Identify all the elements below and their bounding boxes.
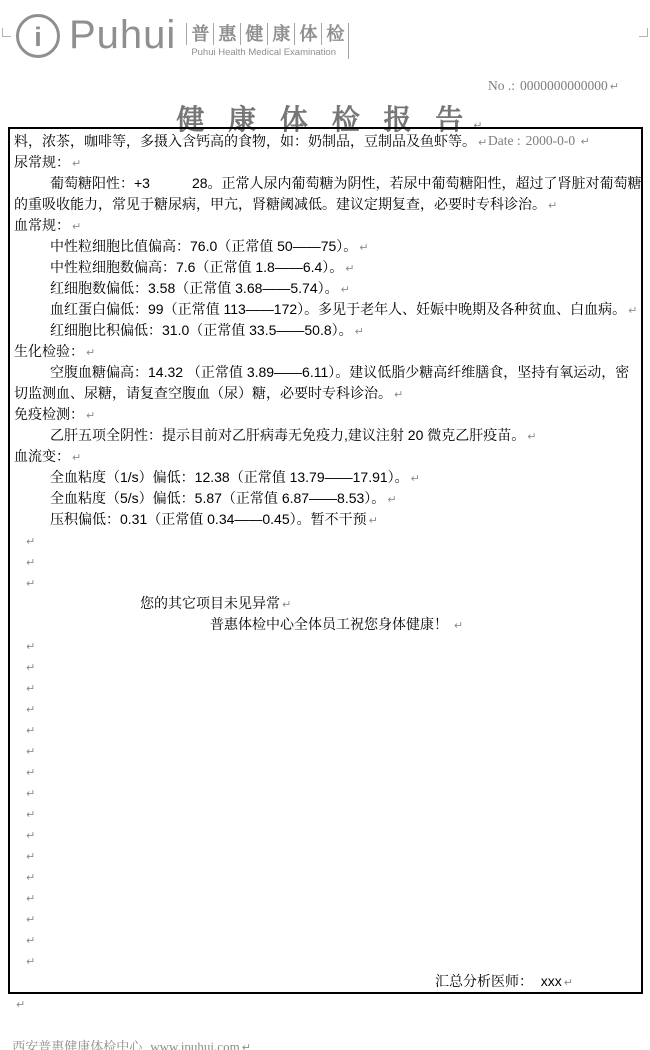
logo-cn-char: 检 (321, 23, 349, 45)
pilcrow-mark: ↵ (26, 955, 35, 968)
report-line: ↵ (14, 761, 637, 782)
report-line-text: 空腹血糖偏高：14.32 （正常值 3.89——6.11）。建议低脂少糖高纤维膳… (50, 364, 629, 380)
pilcrow-mark: ↵ (26, 556, 35, 569)
pilcrow-mark: ↵ (26, 829, 35, 842)
crop-mark-top-right (639, 28, 648, 37)
report-line: ↵ (14, 782, 637, 803)
pilcrow-mark: ↵ (72, 157, 81, 170)
report-line: ↵ (14, 929, 637, 950)
logo-cn-char: 惠 (213, 23, 240, 45)
pilcrow-mark: ↵ (26, 934, 35, 947)
pilcrow-mark: ↵ (26, 703, 35, 716)
report-line: 全血粘度（1/s）偏低：12.38（正常值 13.79——17.91）。↵ (14, 467, 637, 488)
report-line-text: 血红蛋白偏低：99（正常值 113——172）。多见于老年人、妊娠中晚期及各种贫… (50, 301, 626, 317)
report-line: ↵ (14, 698, 637, 719)
pilcrow-mark: ↵ (72, 451, 81, 464)
pilcrow-mark: ↵ (242, 1041, 251, 1050)
report-line: ↵ (14, 803, 637, 824)
brand-name: Puhui (69, 8, 176, 62)
footer-url: www.ipuhui.com (150, 1039, 239, 1050)
report-line: ↵ (14, 656, 637, 677)
report-box: 料，浓茶，咖啡等，多摄入含钙高的食物，如：奶制品，豆制品及鱼虾等。↵尿常规：↵葡… (8, 127, 643, 994)
report-line-text: 普惠体检中心全体员工祝您身体健康！ (210, 616, 452, 632)
report-line-text: 中性粒细胞比值偏高：76.0（正常值 50——75）。 (50, 238, 357, 254)
pilcrow-mark: ↵ (26, 724, 35, 737)
report-line: ↵ (14, 719, 637, 740)
report-line: 压积偏低：0.31（正常值 0.34——0.45）。暂不干预↵ (14, 509, 637, 530)
pilcrow-mark: ↵ (16, 998, 25, 1011)
report-line-text: 切监测血、尿糖，请复查空腹血（尿）糖，必要时专科诊治。 (14, 385, 392, 401)
report-line: 普惠体检中心全体员工祝您身体健康！ ↵ (14, 614, 637, 635)
pilcrow-mark: ↵ (628, 304, 637, 317)
pilcrow-mark: ↵ (26, 640, 35, 653)
report-line: 乙肝五项全阴性：提示目前对乙肝病毒无免疫力,建议注射 20 微克乙肝疫苗。↵ (14, 425, 637, 446)
report-line-text: 乙肝五项全阴性：提示目前对乙肝病毒无免疫力,建议注射 20 微克乙肝疫苗。 (50, 427, 525, 443)
report-line: ↵ (14, 866, 637, 887)
logo-cn-block: 普惠健康体检 Puhui Health Medical Examination (186, 23, 349, 59)
report-line: 料，浓茶，咖啡等，多摄入含钙高的食物，如：奶制品，豆制品及鱼虾等。↵ (14, 131, 637, 152)
report-line-text: 汇总分析医师： xxx (435, 973, 562, 989)
report-line: 尿常规：↵ (14, 152, 637, 173)
report-line: 红细胞比积偏低：31.0（正常值 33.5——50.8）。↵ (14, 320, 637, 341)
report-line-text: 血常规： (14, 217, 70, 233)
pilcrow-mark: ↵ (548, 199, 557, 212)
report-line: 全血粘度（5/s）偏低：5.87（正常值 6.87——8.53）。↵ (14, 488, 637, 509)
report-line: ↵ (14, 950, 637, 971)
pilcrow-mark: ↵ (26, 661, 35, 674)
pilcrow-mark: ↵ (454, 619, 463, 632)
pilcrow-mark: ↵ (411, 472, 420, 485)
logo-cn-char: 普 (186, 23, 213, 45)
report-line-text: 血流变： (14, 448, 70, 464)
report-line: 的重吸收能力，常见于糖尿病，甲亢，肾糖阈减低。建议定期复查，必要时专科诊治。↵ (14, 194, 637, 215)
pilcrow-mark: ↵ (86, 409, 95, 422)
report-line: 血红蛋白偏低：99（正常值 113——172）。多见于老年人、妊娠中晚期及各种贫… (14, 299, 637, 320)
report-line: 汇总分析医师： xxx↵ (14, 971, 637, 992)
pilcrow-mark: ↵ (86, 346, 95, 359)
report-line-text: 生化检验： (14, 343, 84, 359)
logo-cn-char: 康 (267, 23, 294, 45)
report-line: ↵ (14, 824, 637, 845)
report-line: 红细胞数偏低：3.58（正常值 3.68——5.74）。↵ (14, 278, 637, 299)
report-line-text: 料，浓茶，咖啡等，多摄入含钙高的食物，如：奶制品，豆制品及鱼虾等。 (14, 133, 476, 149)
logo-cn-char: 健 (240, 23, 267, 45)
report-line: 免疫检测：↵ (14, 404, 637, 425)
pilcrow-mark: ↵ (72, 220, 81, 233)
report-line-text: 红细胞比积偏低：31.0（正常值 33.5——50.8）。 (50, 322, 353, 338)
pilcrow-mark: ↵ (359, 241, 368, 254)
report-line: ↵ (14, 677, 637, 698)
report-line-text: 您的其它项目未见异常 (140, 595, 280, 611)
puhui-logo-icon: i (16, 14, 60, 58)
logo-i-letter: i (34, 24, 42, 51)
pilcrow-mark: ↵ (345, 262, 354, 275)
report-line-text: 全血粘度（1/s）偏低：12.38（正常值 13.79——17.91）。 (50, 469, 409, 485)
pilcrow-mark: ↵ (387, 493, 396, 506)
report-line-text: 葡萄糖阳性：+3 28。正常人尿内葡萄糖为阴性，若尿中葡萄糖阳性，超过了肾脏对葡… (50, 175, 642, 191)
pilcrow-mark: ↵ (478, 136, 487, 149)
report-line: ↵ (14, 887, 637, 908)
pilcrow-mark: ↵ (26, 766, 35, 779)
report-line: 切监测血、尿糖，请复查空腹血（尿）糖，必要时专科诊治。↵ (14, 383, 637, 404)
report-line: 血流变：↵ (14, 446, 637, 467)
report-line: 生化检验：↵ (14, 341, 637, 362)
page-footer: 西安普惠健康体检中心www.ipuhui.com↵ (5, 1021, 251, 1050)
report-line: ↵ (14, 572, 637, 593)
pilcrow-mark: ↵ (26, 808, 35, 821)
report-line: ↵ (14, 530, 637, 551)
pilcrow-mark: ↵ (26, 577, 35, 590)
pilcrow-mark: ↵ (26, 871, 35, 884)
pilcrow-mark: ↵ (355, 325, 364, 338)
pilcrow-mark: ↵ (564, 976, 573, 989)
report-line-text: 红细胞数偏低：3.58（正常值 3.68——5.74）。 (50, 280, 339, 296)
report-line: 空腹血糖偏高：14.32 （正常值 3.89——6.11）。建议低脂少糖高纤维膳… (14, 362, 637, 383)
pilcrow-mark: ↵ (26, 682, 35, 695)
logo-subtitle: Puhui Health Medical Examination (186, 45, 349, 59)
report-line: ↵ (14, 551, 637, 572)
report-line-text: 中性粒细胞数偏高：7.6（正常值 1.8——6.4）。 (50, 259, 343, 275)
report-line: 葡萄糖阳性：+3 28。正常人尿内葡萄糖为阴性，若尿中葡萄糖阳性，超过了肾脏对葡… (14, 173, 637, 194)
report-page: { "header": { "logo": { "mark": "i", "br… (0, 0, 650, 1050)
report-line-text: 压积偏低：0.31（正常值 0.34——0.45）。暂不干预 (50, 511, 367, 527)
report-line: ↵ (14, 908, 637, 929)
pilcrow-mark: ↵ (26, 535, 35, 548)
pilcrow-mark: ↵ (26, 913, 35, 926)
pilcrow-mark: ↵ (369, 514, 378, 527)
logo-cn-char: 体 (294, 23, 321, 45)
pilcrow-mark: ↵ (26, 850, 35, 863)
report-line: ↵ (14, 635, 637, 656)
report-line-text: 免疫检测： (14, 406, 84, 422)
report-line-text: 全血粘度（5/s）偏低：5.87（正常值 6.87——8.53）。 (50, 490, 385, 506)
report-line: ↵ (14, 740, 637, 761)
pilcrow-mark: ↵ (26, 892, 35, 905)
report-line-text: 尿常规： (14, 154, 70, 170)
pilcrow-mark: ↵ (527, 430, 536, 443)
report-line-text: 的重吸收能力，常见于糖尿病，甲亢，肾糖阈减低。建议定期复查，必要时专科诊治。 (14, 196, 546, 212)
report-line: 血常规：↵ (14, 215, 637, 236)
report-line: 中性粒细胞比值偏高：76.0（正常值 50——75）。↵ (14, 236, 637, 257)
pilcrow-mark: ↵ (26, 745, 35, 758)
report-line: ↵ (14, 845, 637, 866)
footer-center-name: 西安普惠健康体检中心 (12, 1039, 142, 1050)
pilcrow-mark: ↵ (282, 598, 291, 611)
crop-mark-top-left (2, 28, 11, 37)
pilcrow-mark: ↵ (341, 283, 350, 296)
pilcrow-mark: ↵ (26, 787, 35, 800)
report-line: 您的其它项目未见异常↵ (14, 593, 637, 614)
pilcrow-mark: ↵ (394, 388, 403, 401)
report-line: 中性粒细胞数偏高：7.6（正常值 1.8——6.4）。↵ (14, 257, 637, 278)
logo-cn-row: 普惠健康体检 (186, 23, 349, 45)
logo-header: i Puhui 普惠健康体检 Puhui Health Medical Exam… (16, 8, 349, 62)
